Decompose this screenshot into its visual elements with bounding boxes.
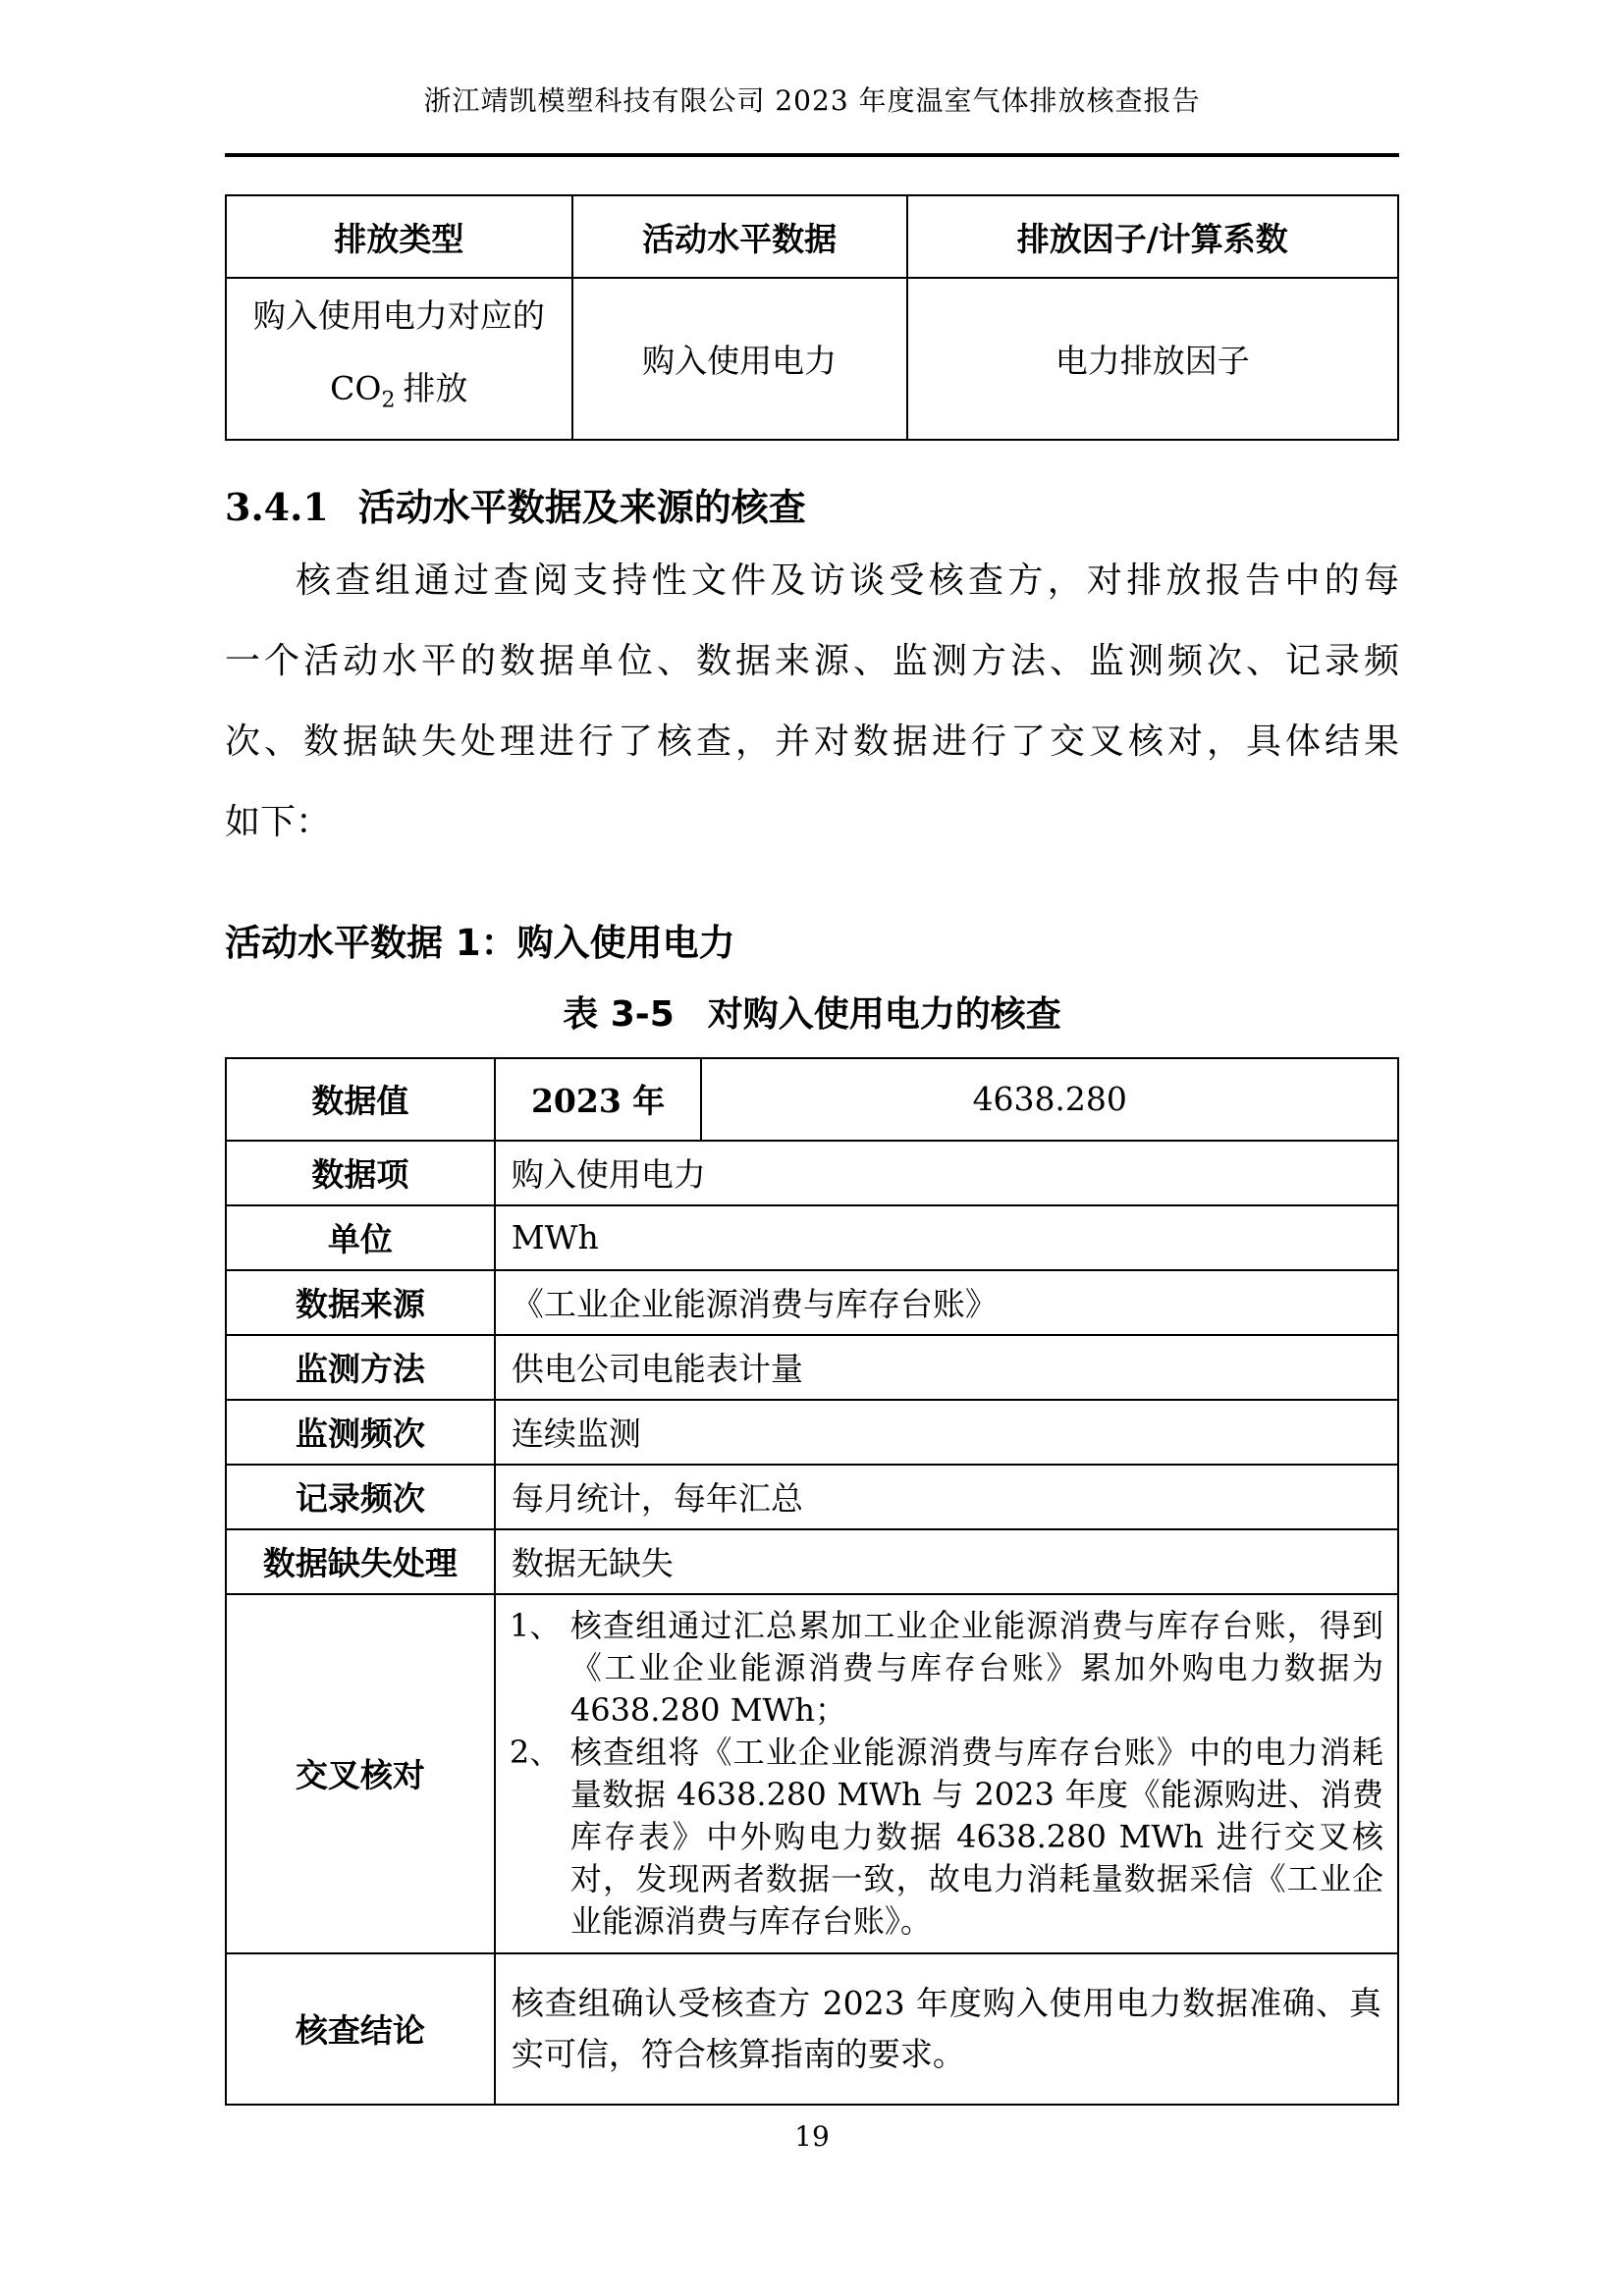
section-number: 3.4.1 — [225, 485, 329, 529]
missing-data-value: 数据无缺失 — [495, 1529, 1398, 1594]
emission-table-header-row: 排放类型 活动水平数据 排放因子/计算系数 — [226, 195, 1398, 278]
monitoring-method-label: 监测方法 — [226, 1335, 495, 1400]
cross-check-label: 交叉核对 — [226, 1594, 495, 1953]
header-rule — [225, 153, 1399, 157]
monitoring-method-value: 供电公司电能表计量 — [495, 1335, 1398, 1400]
table-row: 数据项 购入使用电力 — [226, 1141, 1398, 1205]
data-source-value: 《工业企业能源消费与库存台账》 — [495, 1270, 1398, 1335]
page-number: 19 — [225, 2119, 1399, 2155]
paragraph-line: 一个活动水平的数据单位、数据来源、监测方法、监测频次、记录频 — [225, 621, 1399, 702]
table-row: 核查结论 核查组确认受核查方 2023 年度购入使用电力数据准确、真实可信，符合… — [226, 1953, 1398, 2105]
table-row: 单位 MWh — [226, 1205, 1398, 1270]
activity-data-cell: 购入使用电力 — [572, 278, 907, 440]
conclusion-label: 核查结论 — [226, 1953, 495, 2105]
monitoring-frequency-label: 监测频次 — [226, 1400, 495, 1465]
body-paragraph: 核查组通过查阅支持性文件及访谈受核查方，对排放报告中的每 一个活动水平的数据单位… — [225, 541, 1399, 863]
paragraph-line: 核查组通过查阅支持性文件及访谈受核查方，对排放报告中的每 — [225, 541, 1399, 621]
data-value-amount: 4638.280 — [701, 1058, 1398, 1141]
item-number: 2、 — [504, 1732, 570, 1943]
unit-value: MWh — [495, 1205, 1398, 1270]
table-row: 数据缺失处理 数据无缺失 — [226, 1529, 1398, 1594]
emission-type-line1: 购入使用电力对应的 — [253, 296, 545, 335]
item-text: 核查组通过汇总累加工业企业能源消费与库存台账，得到《工业企业能源消费与库存台账》… — [570, 1605, 1383, 1732]
record-frequency-label: 记录频次 — [226, 1465, 495, 1529]
table-row: 数据来源 《工业企业能源消费与库存台账》 — [226, 1270, 1398, 1335]
table-row: 监测频次 连续监测 — [226, 1400, 1398, 1465]
data-source-label: 数据来源 — [226, 1270, 495, 1335]
activity-data-header: 活动水平数据 — [572, 195, 907, 278]
table-caption-title: 对购入使用电力的核查 — [708, 994, 1061, 1035]
document-page: 浙江靖凯模塑科技有限公司 2023 年度温室气体排放核查报告 排放类型 活动水平… — [0, 0, 1624, 2296]
emission-table: 排放类型 活动水平数据 排放因子/计算系数 购入使用电力对应的 CO2排放 购入… — [225, 194, 1399, 441]
cross-check-item: 1、 核查组通过汇总累加工业企业能源消费与库存台账，得到《工业企业能源消费与库存… — [504, 1605, 1383, 1732]
verification-table: 数据值 2023 年 4638.280 数据项 购入使用电力 单位 MWh 数据… — [225, 1057, 1399, 2106]
missing-data-label: 数据缺失处理 — [226, 1529, 495, 1594]
table-row: 监测方法 供电公司电能表计量 — [226, 1335, 1398, 1400]
conclusion-cell: 核查组确认受核查方 2023 年度购入使用电力数据准确、真实可信，符合核算指南的… — [495, 1953, 1398, 2105]
conclusion-text: 核查组确认受核查方 2023 年度购入使用电力数据准确、真实可信，符合核算指南的… — [512, 1978, 1381, 2080]
co2-formula: CO2排放 — [330, 369, 467, 407]
paragraph-line: 次、数据缺失处理进行了核查，并对数据进行了交叉核对，具体结果 — [225, 702, 1399, 782]
record-frequency-value: 每月统计，每年汇总 — [495, 1465, 1398, 1529]
activity-data-heading: 活动水平数据 1：购入使用电力 — [225, 920, 1399, 967]
emission-type-header: 排放类型 — [226, 195, 572, 278]
section-title: 活动水平数据及来源的核查 — [358, 486, 806, 529]
table-row: 交叉核对 1、 核查组通过汇总累加工业企业能源消费与库存台账，得到《工业企业能源… — [226, 1594, 1398, 1953]
table-caption: 表 3-5对购入使用电力的核查 — [225, 992, 1399, 1038]
header-title: 浙江靖凯模塑科技有限公司 2023 年度温室气体排放核查报告 — [225, 84, 1399, 118]
unit-label: 单位 — [226, 1205, 495, 1270]
section-heading: 3.4.1活动水平数据及来源的核查 — [225, 484, 1399, 531]
emission-factor-header: 排放因子/计算系数 — [907, 195, 1398, 278]
page-header: 浙江靖凯模塑科技有限公司 2023 年度温室气体排放核查报告 — [225, 84, 1399, 157]
monitoring-frequency-value: 连续监测 — [495, 1400, 1398, 1465]
data-value-label: 数据值 — [226, 1058, 495, 1141]
item-text: 核查组将《工业企业能源消费与库存台账》中的电力消耗量数据 4638.280 MW… — [570, 1732, 1383, 1943]
emission-type-cell: 购入使用电力对应的 CO2排放 — [226, 278, 572, 440]
cross-check-item: 2、 核查组将《工业企业能源消费与库存台账》中的电力消耗量数据 4638.280… — [504, 1732, 1383, 1943]
emission-factor-cell: 电力排放因子 — [907, 278, 1398, 440]
item-number: 1、 — [504, 1605, 570, 1732]
table-caption-number: 表 3-5 — [563, 994, 675, 1035]
emission-table-data-row: 购入使用电力对应的 CO2排放 购入使用电力 电力排放因子 — [226, 278, 1398, 440]
data-value-year: 2023 年 — [495, 1058, 702, 1141]
paragraph-line: 如下： — [225, 782, 1399, 863]
data-item-label: 数据项 — [226, 1141, 495, 1205]
data-item-value: 购入使用电力 — [495, 1141, 1398, 1205]
table-row: 记录频次 每月统计，每年汇总 — [226, 1465, 1398, 1529]
table-row: 数据值 2023 年 4638.280 — [226, 1058, 1398, 1141]
cross-check-cell: 1、 核查组通过汇总累加工业企业能源消费与库存台账，得到《工业企业能源消费与库存… — [495, 1594, 1398, 1953]
